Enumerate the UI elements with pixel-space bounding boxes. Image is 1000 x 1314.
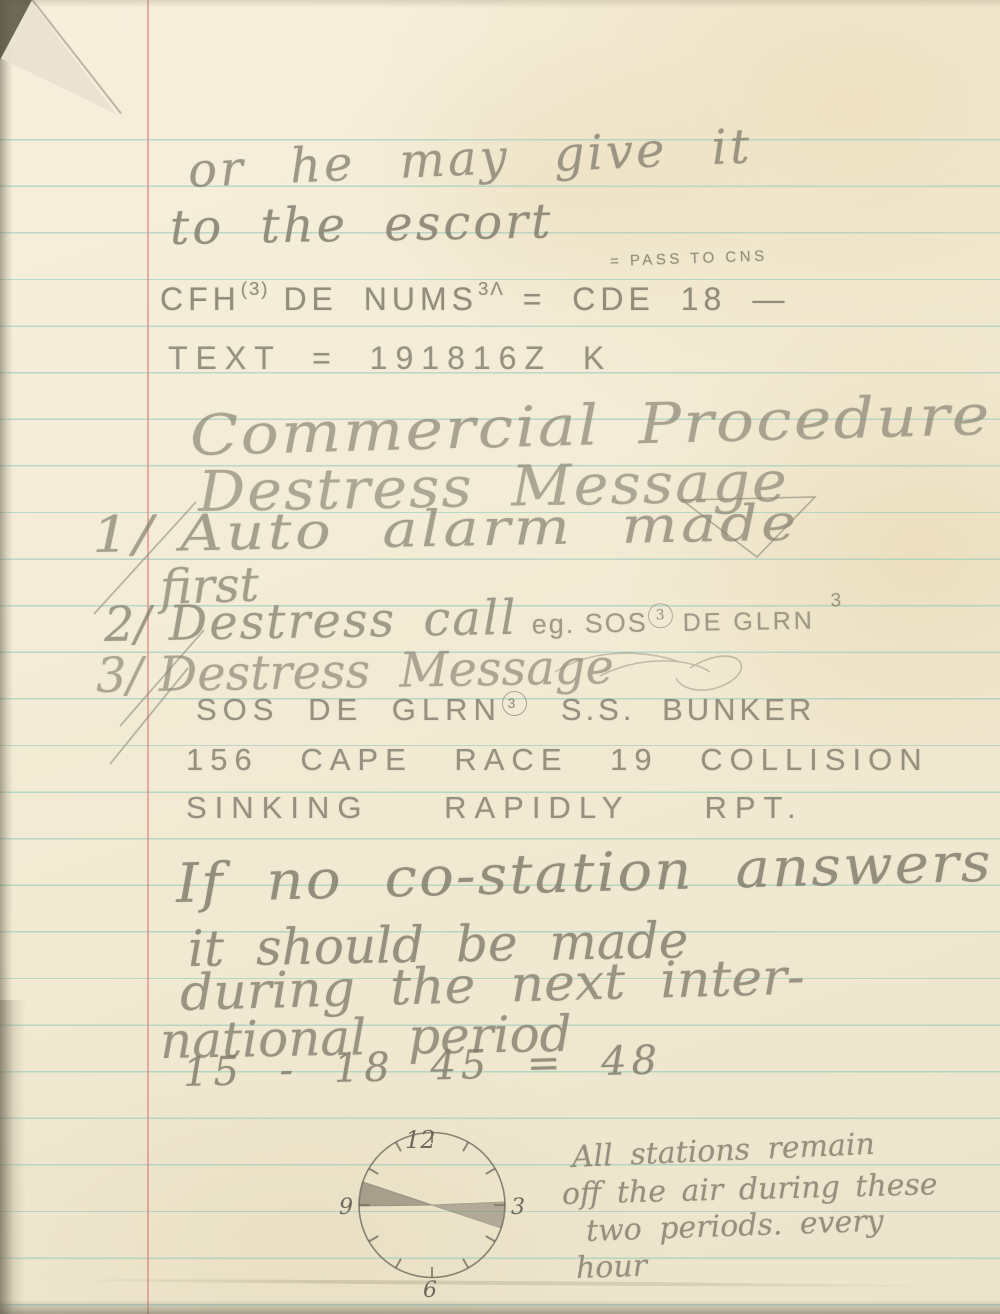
- clock-label-6: 6: [423, 1278, 437, 1300]
- telegram-repeat-count: (3): [241, 278, 270, 299]
- list-marker-2: 2/: [104, 596, 152, 653]
- list-item-1: 1/Auto alarm made: [91, 494, 800, 564]
- telegram-callsign: CFH: [160, 281, 241, 317]
- circled-three: 3: [502, 691, 527, 716]
- list-marker-1: 1/: [91, 505, 157, 564]
- clock-label-9: 9: [339, 1195, 353, 1220]
- sos-message-line-3: SINKING RAPIDLY RPT.: [186, 790, 804, 826]
- clock-label-12: 12: [405, 1126, 436, 1154]
- circled-three: 3: [647, 603, 672, 628]
- list-item-2-callsign: DE GLRN: [682, 607, 815, 637]
- list-item-2-example: eg. SOS: [531, 608, 648, 640]
- clock-label-3: 3: [511, 1195, 525, 1220]
- clock-note-line-4: hour: [575, 1249, 647, 1286]
- superscript-three: 3: [830, 590, 841, 611]
- sos-message-line-1: SOS DE GLRN3S.S. BUNKER: [196, 692, 815, 728]
- telegram-dash: —: [752, 281, 789, 317]
- handwritten-line-intro-2: to the escort: [170, 193, 554, 256]
- telegram-de-nums: DE NUMS: [283, 281, 478, 317]
- list-marker-3: 3/: [96, 647, 144, 704]
- list-item-1-text: Auto alarm made: [180, 494, 800, 563]
- telegram-superscript: 3Λ: [478, 278, 505, 299]
- shaded-period-45-48: [359, 1182, 432, 1206]
- sos-message-line-2: 156 CAPE RACE 19 COLLISION: [186, 742, 929, 778]
- page-stack-edge: [0, 1000, 26, 1314]
- page-edge-top: [0, 0, 1000, 8]
- telegram-text-line: TEXT = 191816Z K: [168, 340, 612, 377]
- silence-period-clock-diagram: 12 3 6 9: [337, 1110, 527, 1300]
- telegram-preamble-line: CFH(3)DE NUMS3Λ= CDE 18—: [160, 281, 789, 318]
- telegram-cde: = CDE 18: [523, 281, 727, 317]
- page-edge-bottom: [0, 1300, 1000, 1314]
- ship-name: S.S. BUNKER: [561, 692, 815, 727]
- shaded-period-15-18: [432, 1202, 505, 1228]
- sos-call: SOS DE GLRN: [196, 692, 502, 727]
- notebook-page: or he may give it to the escort = PASS T…: [0, 0, 1000, 1314]
